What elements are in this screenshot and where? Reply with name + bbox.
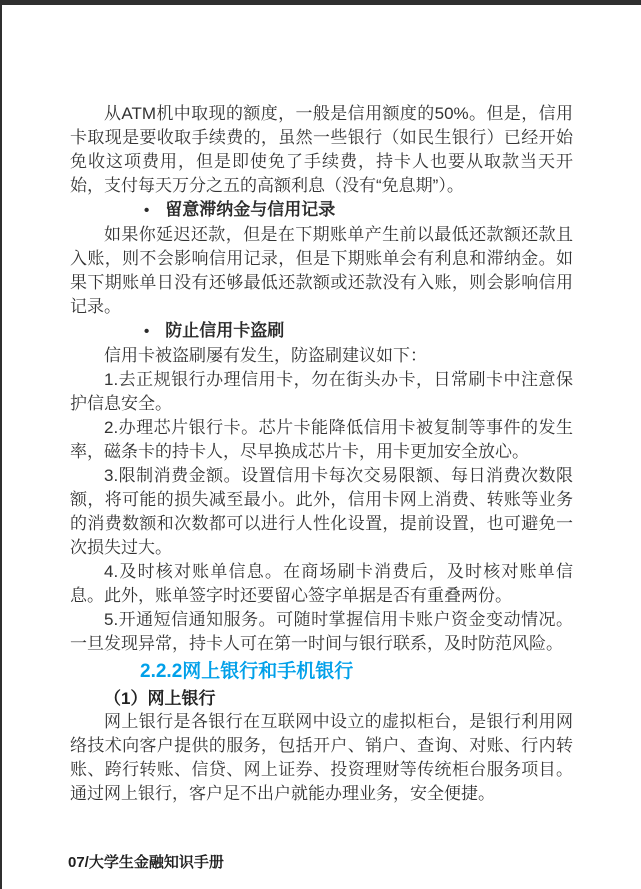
- paragraph-tip-1: 1.去正规银行办理信用卡，勿在街头办卡，日常刷卡中注意保护信息安全。: [70, 368, 573, 416]
- bullet-heading-late-fees: •留意滞纳金与信用记录: [70, 198, 573, 223]
- bullet-heading-label: 防止信用卡盗刷: [165, 321, 284, 340]
- section-heading-online-mobile-banking: 2.2.2网上银行和手机银行: [70, 658, 573, 686]
- bullet-heading-label: 留意滞纳金与信用记录: [165, 200, 335, 219]
- page-left-border: [0, 0, 2, 889]
- page-content: 从ATM机中取现的额度，一般是信用额度的50%。但是，信用卡取现是要收取手续费的…: [70, 102, 573, 806]
- subsection-heading-online-banking: （1）网上银行: [70, 688, 573, 710]
- paragraph-late-repayment: 如果你延迟还款，但是在下期账单产生前以最低还款额还款且入账，则不会影响信用记录，…: [70, 223, 573, 319]
- paragraph-online-banking: 网上银行是各银行在互联网中设立的虚拟柜台，是银行利用网络技术向客户提供的服务，包…: [70, 710, 573, 806]
- bullet-icon: •: [144, 320, 149, 344]
- page-top-border: [0, 0, 641, 5]
- bullet-icon: •: [144, 199, 149, 223]
- paragraph-atm-withdrawal: 从ATM机中取现的额度，一般是信用额度的50%。但是，信用卡取现是要收取手续费的…: [70, 102, 573, 198]
- paragraph-tip-2: 2.办理芯片银行卡。芯片卡能降低信用卡被复制等事件的发生率，磁条卡的持卡人，尽早…: [70, 416, 573, 464]
- bullet-heading-fraud-prevention: •防止信用卡盗刷: [70, 319, 573, 344]
- page-footer: 07/大学生金融知识手册: [68, 851, 224, 872]
- paragraph-tip-3: 3.限制消费金额。设置信用卡每次交易限额、每日消费次数限额，将可能的损失减至最小…: [70, 464, 573, 560]
- paragraph-tip-4: 4.及时核对账单信息。在商场刷卡消费后，及时核对账单信息。此外，账单签字时还要留…: [70, 560, 573, 608]
- paragraph-fraud-intro: 信用卡被盗刷屡有发生，防盗刷建议如下：: [70, 344, 573, 368]
- document-page: 从ATM机中取现的额度，一般是信用额度的50%。但是，信用卡取现是要收取手续费的…: [0, 0, 641, 889]
- paragraph-tip-5: 5.开通短信通知服务。可随时掌握信用卡账户资金变动情况。一旦发现异常，持卡人可在…: [70, 608, 573, 656]
